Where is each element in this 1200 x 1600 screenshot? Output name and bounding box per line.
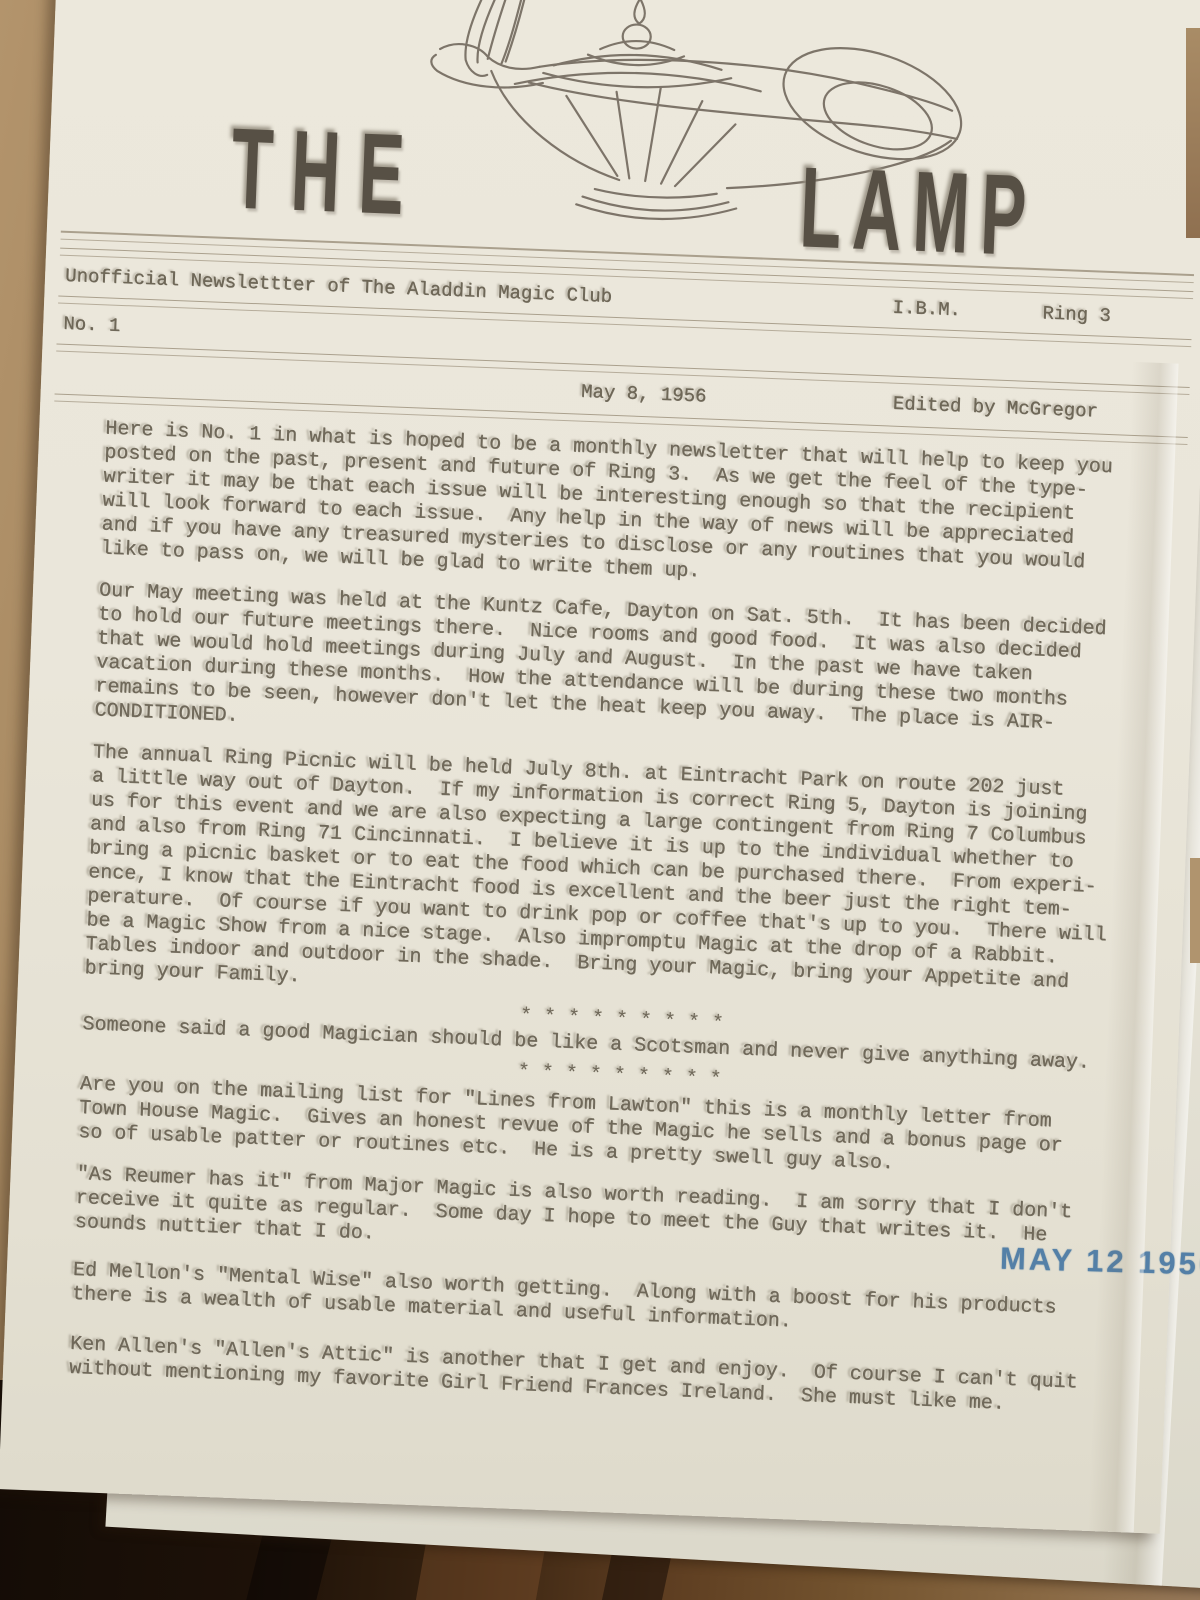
issue-number: No. 1 bbox=[63, 313, 121, 337]
newsletter-page: THE bbox=[0, 0, 1200, 1534]
paragraph-allens-attic: Ken Allen's "Allen's Attic" is another t… bbox=[69, 1333, 1148, 1422]
date-stamp: MAY 12 1956 bbox=[1000, 1241, 1200, 1284]
wood-gap-right-edge bbox=[1190, 858, 1200, 963]
issue-date: May 8, 1956 bbox=[581, 381, 707, 408]
wood-sliver-top-right bbox=[1186, 28, 1200, 238]
paragraph-ring-picnic: The annual Ring Picnic will be held July… bbox=[84, 741, 1170, 1022]
paragraph-mental-wise: Ed Mellon's "Mental Wise" also worth get… bbox=[72, 1259, 1151, 1348]
ring-label: Ring 3 bbox=[1042, 302, 1111, 327]
masthead-title-the: THE bbox=[229, 102, 425, 241]
masthead: THE bbox=[47, 0, 1200, 275]
org-label: I.B.M. bbox=[892, 297, 961, 322]
paragraph-intro: Here is No. 1 in what is hoped to be a m… bbox=[100, 417, 1183, 602]
editor-credit: Edited by McGregor bbox=[892, 393, 1098, 423]
paragraph-may-meeting: Our May meeting was held at the Kuntz Ca… bbox=[94, 579, 1177, 764]
masthead-title-lamp: LAMP bbox=[798, 141, 1040, 282]
